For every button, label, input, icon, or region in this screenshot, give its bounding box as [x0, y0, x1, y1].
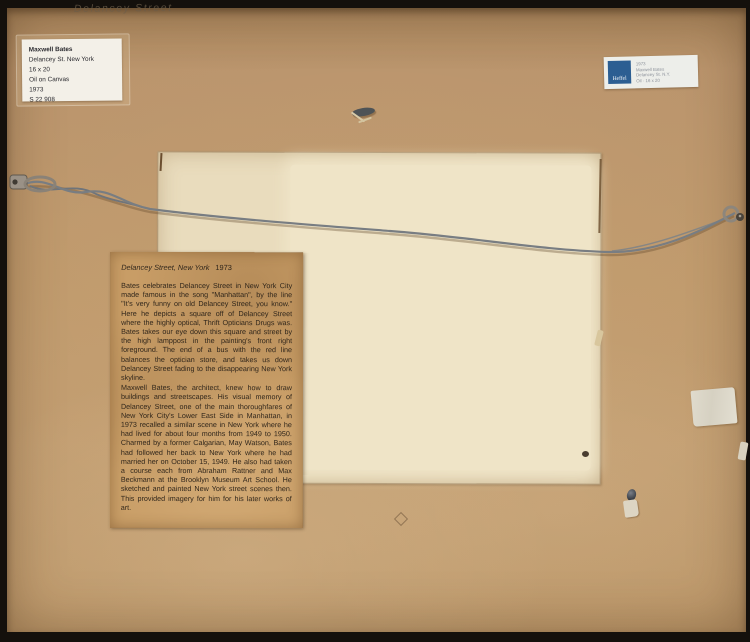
photo-of-artwork-verso: Delancey Street Maxwell Bates Delancey S…	[0, 0, 750, 642]
wire-shadow	[25, 186, 734, 255]
left-dring-screw	[12, 179, 17, 184]
right-screw-highlight	[739, 215, 742, 218]
hanging-wire	[25, 182, 735, 252]
hanging-wire-layer	[0, 0, 750, 642]
